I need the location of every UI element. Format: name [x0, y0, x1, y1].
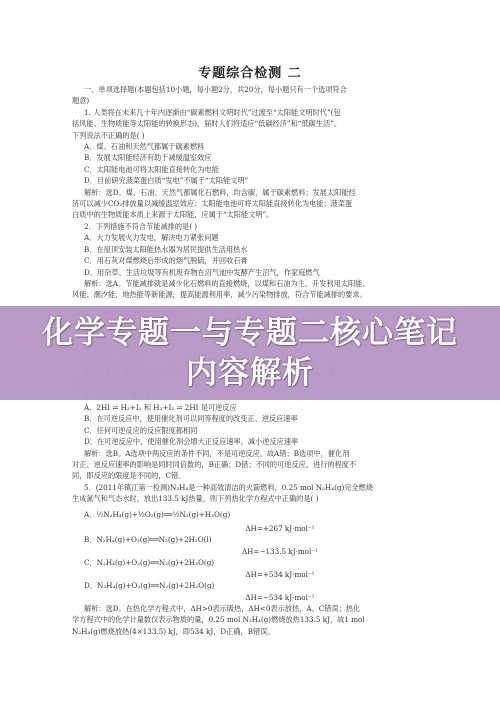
document-title: 专题综合检测 二 [0, 62, 500, 81]
question-1-stem: 下列说法不正确的是( ) [72, 130, 428, 141]
title-banner: 化学专题一与专题二核心笔记 内容解析 [0, 306, 500, 400]
banner-title-line-2: 内容解析 [186, 353, 314, 393]
section-header-line: 一、单项选择题(本题包括10小题，每小题2分，共20分，每小题只有一个选项符合 [72, 84, 428, 95]
question-5-option-c-equation: C．N₂H₄(g)+O₂(g)══N₂(g)+2H₂O(g) [72, 557, 428, 568]
question-5-option-d-dh: ΔH=−534 kJ·mol⁻¹ [72, 592, 428, 603]
question-2-option-a: A．大力发展火力发电，解决电力紧张问题 [72, 232, 428, 243]
question-5-option-a-equation: A．½N₂H₄(g)+½O₂(g)══½N₂(g)+H₂O(g) [72, 509, 428, 520]
question-1-analysis: 济可以减少CO₂排放量以减缓温室效应；太阳能电池可将太阳能直接转化为电能；菠菜蛋 [72, 198, 428, 209]
question-2-stem: 2．下列措施不符合节能减排的是( ) [72, 221, 428, 232]
question-4-analysis: 同，即反应的限度是不同的，C错。 [72, 470, 428, 481]
question-2-option-d: D．用杂草、生活垃圾等有机废弃物在沼气池中发酵产生沼气，作家庭燃气 [72, 267, 428, 278]
document-body-lower: A．2HI ⇌ H₂+I₂ 和 H₂+I₂ ⇌ 2HI 是可逆反应 B．在可逆反… [72, 402, 428, 637]
question-1-analysis: 白质中的生物质能本质上来源于太阳能，应属于“太阳能文明”。 [72, 209, 428, 220]
question-4-option-c: C．任何可逆反应的反应限度都相同 [72, 425, 428, 436]
question-5-analysis: N₂H₄(g)燃烧放热(4×133.5) kJ，即534 kJ，D正确，B错误。 [72, 626, 428, 637]
question-5-stem: 生成氮气和气态水时，放出133.5 kJ热量，则下列热化学方程式中正确的是( ) [72, 493, 428, 504]
question-2-analysis: 解析：选A。节能减排就是减少化石燃料的直接燃烧，以煤和石油为主，开发利用太阳能、 [72, 278, 428, 289]
question-5-stem: 5．(2011年镇江第一检测)N₂H₄是一种高效清洁的火箭燃料，0.25 mol… [72, 482, 428, 493]
document-page: 专题综合检测 二 一、单项选择题(本题包括10小题，每小题2分，共20分，每小题… [0, 0, 500, 707]
question-5-option-a-dh: ΔH=+267 kJ·mol⁻¹ [72, 523, 428, 534]
question-4-option-b: B．在可逆反应中，使用催化剂可以同等程度的改变正、逆反应速率 [72, 413, 428, 424]
question-1-option-c: C．太阳能电池可将太阳能直接转化为电能 [72, 164, 428, 175]
question-1-option-b: B．发展太阳能经济有助于减缓温室效应 [72, 152, 428, 163]
question-4-analysis: 解析：选B。A选项中两反应的条件不同，不是可逆反应，故A错；B选项中，催化剂 [72, 448, 428, 459]
question-1-option-a: A．煤、石油和天然气都属于碳素燃料 [72, 141, 428, 152]
question-5-analysis: 学方程式中的化学计量数仅表示物质的量，0.25 mol N₂H₄(g)燃烧放热1… [72, 614, 428, 625]
section-header-line: 题意) [72, 95, 428, 106]
question-5-option-c-dh: ΔH=+534 kJ·mol⁻¹ [72, 569, 428, 580]
question-5-option-d-equation: D．N₂H₄(g)+O₂(g)══N₂(g)+2H₂O(g) [72, 580, 428, 591]
question-2-analysis: 风能、潮汐能、地热能等新能源，提高能源利用率，减少污染物排放，符合节能减排的要求… [72, 289, 428, 300]
question-1-stem: 括风能、生物质能等太阳能的转换形态)，届时人们将适应“低碳经济”和“低碳生活”。 [72, 118, 428, 129]
question-4-option-d: D．在可逆反应中，使用催化剂会增大正反应速率，减小逆反应速率 [72, 436, 428, 447]
question-5-option-b-equation: B．N₂H₄(g)+O₂(g)══N₂(g)+2H₂O(l) [72, 534, 428, 545]
question-4-option-a: A．2HI ⇌ H₂+I₂ 和 H₂+I₂ ⇌ 2HI 是可逆反应 [72, 402, 428, 413]
question-2-option-c: C．用石灰对煤燃烧后形成的烟气脱硫，并回收石膏 [72, 255, 428, 266]
question-1-stem: 1. 人类将在未来几十年内逐渐由“碳素燃料文明时代”过渡至“太阳能文明时代”(包 [72, 107, 428, 118]
banner-title-line-1: 化学专题一与专题二核心笔记 [42, 313, 458, 353]
question-4-analysis: 对正、逆反应速率的影响是同时同倍数的，B正确；D错；不同的可逆反应，进行的程度不 [72, 459, 428, 470]
question-5-analysis: 解析：选D。在热化学方程式中，ΔH>0表示吸热，ΔH<0表示放热，A、C错误；热… [72, 603, 428, 614]
question-5-option-b-dh: ΔH=−133.5 kJ·mol⁻¹ [72, 546, 428, 557]
question-1-option-d: D．目前研究菠菜蛋白质“发电”不属于“太阳能文明” [72, 175, 428, 186]
question-2-option-b: B．在屋顶安装太阳能热水器为居民提供生活用热水 [72, 244, 428, 255]
document-body-upper: 一、单项选择题(本题包括10小题，每小题2分，共20分，每小题只有一个选项符合 … [72, 84, 428, 301]
question-1-analysis: 解析：选D。煤、石油、天然气都属化石燃料，均含碳，属于碳素燃料；发展太阳能经 [72, 187, 428, 198]
